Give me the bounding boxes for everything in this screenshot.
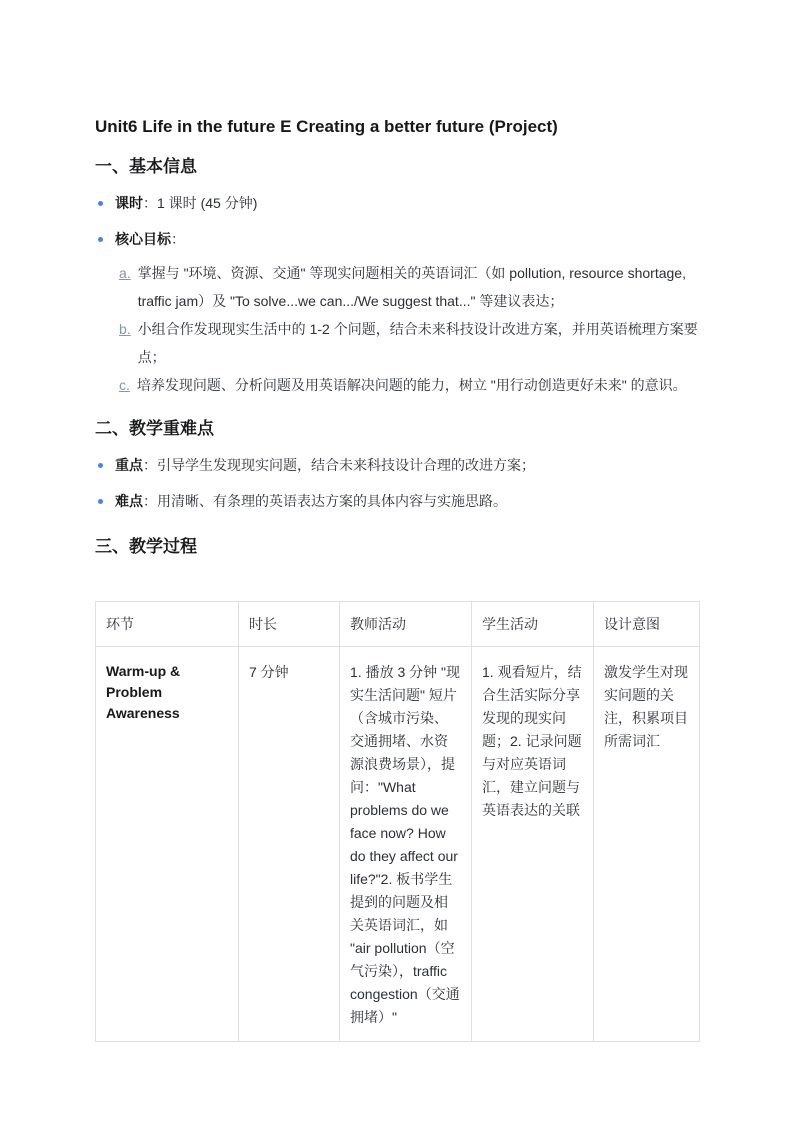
cell-design-intent: 激发学生对现实问题的关注，积累项目所需词汇 bbox=[594, 647, 700, 1042]
objectives-list: a. 掌握与 "环境、资源、交通" 等现实问题相关的英语词汇（如 polluti… bbox=[115, 259, 699, 399]
cell-stage: Warm-up & Problem Awareness bbox=[96, 647, 239, 1042]
column-header-stage: 环节 bbox=[96, 602, 239, 647]
column-header-duration: 时长 bbox=[239, 602, 340, 647]
objective-item-c: c. 培养发现问题、分析问题及用英语解决问题的能力，树立 "用行动创造更好未来"… bbox=[119, 371, 699, 399]
list-marker: a. bbox=[119, 259, 131, 287]
list-item-core-goals: 核心目标： a. 掌握与 "环境、资源、交通" 等现实问题相关的英语词汇（如 p… bbox=[95, 230, 699, 399]
table-row: Warm-up & Problem Awareness 7 分钟 1. 播放 3… bbox=[96, 647, 700, 1042]
bullet-dot-icon bbox=[98, 201, 103, 206]
item-label: 课时 bbox=[115, 195, 143, 211]
item-label: 核心目标 bbox=[115, 231, 171, 247]
list-marker: b. bbox=[119, 315, 131, 343]
item-value: ：引导学生发现现实问题，结合未来科技设计合理的改进方案； bbox=[143, 457, 535, 473]
document-page: Unit6 Life in the future E Creating a be… bbox=[0, 0, 794, 1123]
table-header-row: 环节 时长 教师活动 学生活动 设计意图 bbox=[96, 602, 700, 647]
section-heading-process: 三、教学过程 bbox=[95, 537, 699, 556]
cell-student-activity: 1. 观看短片，结合生活实际分享发现的现实问题；2. 记录问题与对应英语词汇，建… bbox=[472, 647, 594, 1042]
document-title: Unit6 Life in the future E Creating a be… bbox=[95, 117, 699, 136]
column-header-teacher-activity: 教师活动 bbox=[340, 602, 472, 647]
section-heading-key-points: 二、教学重难点 bbox=[95, 419, 699, 438]
column-header-design-intent: 设计意图 bbox=[594, 602, 700, 647]
item-value: ：1 课时 (45 分钟) bbox=[143, 195, 257, 211]
column-header-student-activity: 学生活动 bbox=[472, 602, 594, 647]
bullet-dot-icon bbox=[98, 237, 103, 242]
list-marker: c. bbox=[119, 371, 130, 399]
cell-teacher-activity: 1. 播放 3 分钟 "现实生活问题" 短片（含城市污染、交通拥堵、水资源浪费场… bbox=[340, 647, 472, 1042]
list-item-key-point: 重点：引导学生发现现实问题，结合未来科技设计合理的改进方案； bbox=[95, 456, 699, 475]
list-item-class-hours: 课时：1 课时 (45 分钟) bbox=[95, 194, 699, 213]
key-points-list: 重点：引导学生发现现实问题，结合未来科技设计合理的改进方案； 难点：用清晰、有条… bbox=[95, 456, 699, 511]
objective-item-b: b. 小组合作发现现实生活中的 1-2 个问题，结合未来科技设计改进方案，并用英… bbox=[119, 315, 699, 371]
section-heading-basic-info: 一、基本信息 bbox=[95, 157, 699, 176]
item-label: 重点 bbox=[115, 457, 143, 473]
objective-item-a: a. 掌握与 "环境、资源、交通" 等现实问题相关的英语词汇（如 polluti… bbox=[119, 259, 699, 315]
list-item-difficult-point: 难点：用清晰、有条理的英语表达方案的具体内容与实施思路。 bbox=[95, 492, 699, 511]
spacer bbox=[95, 574, 699, 601]
bullet-dot-icon bbox=[98, 499, 103, 504]
cell-duration: 7 分钟 bbox=[239, 647, 340, 1042]
item-value: ： bbox=[171, 231, 185, 247]
basic-info-list: 课时：1 课时 (45 分钟) 核心目标： a. 掌握与 "环境、资源、交通" … bbox=[95, 194, 699, 399]
teaching-process-table: 环节 时长 教师活动 学生活动 设计意图 Warm-up & Problem A… bbox=[95, 601, 700, 1042]
objective-text: 掌握与 "环境、资源、交通" 等现实问题相关的英语词汇（如 pollution,… bbox=[138, 259, 699, 315]
objective-text: 小组合作发现现实生活中的 1-2 个问题，结合未来科技设计改进方案，并用英语梳理… bbox=[138, 315, 699, 371]
item-value: ：用清晰、有条理的英语表达方案的具体内容与实施思路。 bbox=[143, 493, 507, 509]
item-label: 难点 bbox=[115, 493, 143, 509]
bullet-dot-icon bbox=[98, 463, 103, 468]
objective-text: 培养发现问题、分析问题及用英语解决问题的能力，树立 "用行动创造更好未来" 的意… bbox=[137, 371, 699, 399]
